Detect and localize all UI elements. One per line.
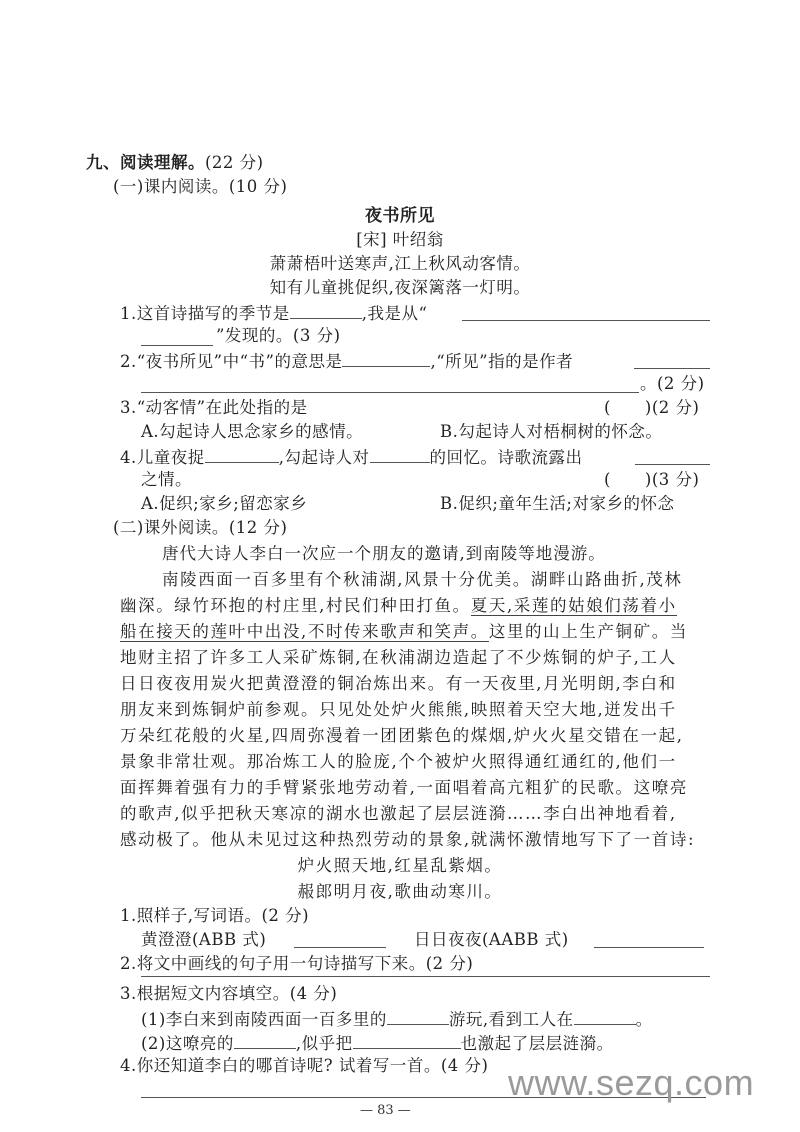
answer-blank[interactable] xyxy=(205,446,279,463)
q4-option-b[interactable]: B.促织;童年生活;对家乡的怀念 xyxy=(440,494,675,514)
passage-text: 这里的山上生产铜矿。当 xyxy=(489,622,688,641)
poem-line-1: 萧萧梧叶送寒声,江上秋风动客情。 xyxy=(0,254,800,274)
passage-line: 面挥舞着强有力的手臂紧张地劳动着,一面唱着高亢粗犷的民歌。这嘹亮 xyxy=(120,778,688,798)
underlined-sentence: 夏天,采莲的姑娘们荡着小 xyxy=(471,596,677,616)
passage-line: 幽深。绿竹环抱的村庄里,村民们种田打鱼。夏天,采莲的姑娘们荡着小 xyxy=(120,596,677,616)
answer-blank[interactable] xyxy=(635,464,710,465)
answer-line[interactable] xyxy=(141,976,710,977)
passage-para-1: 唐代大诗人李白一次应一个朋友的邀请,到南陵等地漫游。 xyxy=(162,544,606,564)
passage-line: 感动极了。他从未见过这种热烈劳动的景象,就满怀激情地写下了一首诗: xyxy=(120,830,695,850)
passage-line: 景象非常壮观。那冶炼工人的脸庞,个个被炉火照得通红通红的,他们一 xyxy=(120,752,677,772)
q3-s1-text-b: 游玩,看到工人在 xyxy=(449,1010,574,1029)
answer-blank[interactable] xyxy=(574,1008,636,1025)
q4-text-b: ,勾起诗人对 xyxy=(279,448,370,467)
answer-blank[interactable] xyxy=(141,345,213,346)
answer-blank[interactable] xyxy=(342,350,430,367)
answer-blank[interactable] xyxy=(634,368,710,369)
p1-question-2: 2.“夜书所见”中“书”的意思是,“所见”指的是作者 xyxy=(120,350,573,372)
q1-example-abb: 黄澄澄(ABB 式) xyxy=(141,930,266,950)
q1-text-c: ”发现的。(3 分) xyxy=(216,326,341,346)
q4-option-a[interactable]: A.促织;家乡;留恋家乡 xyxy=(141,494,307,514)
answer-blank[interactable] xyxy=(370,446,430,463)
q4-answer-paren[interactable]: ( )(3 分) xyxy=(604,470,700,490)
q4-text-d: 之情。 xyxy=(141,470,192,490)
passage-line: 地财主招了许多工人采矿炼铜,在秋浦湖边造起了不少炼铜的炉子,工人 xyxy=(120,648,677,668)
section-score: (22 分) xyxy=(205,153,264,172)
q3-s1-text-a: (1)李白来到南陵西面一百多里的 xyxy=(141,1010,387,1029)
answer-blank[interactable] xyxy=(594,947,704,948)
answer-blank[interactable] xyxy=(387,1008,449,1025)
passage-line: 的歌声,似乎把秋天寒凉的湖水也激起了层层涟漪……李白出神地看着, xyxy=(120,804,677,824)
section-heading: 九、阅读理解。(22 分) xyxy=(86,153,264,173)
q3-option-b[interactable]: B.勾起诗人对梧桐树的怀念。 xyxy=(440,422,662,442)
q2-text-b: ,“所见”指的是作者 xyxy=(430,352,573,371)
poem-author: [宋] 叶绍翁 xyxy=(0,230,800,250)
p1-question-3: 3.“动客情”在此处指的是 xyxy=(120,398,308,418)
p2-question-4: 4.你还知道李白的哪首诗呢? 试着写一首。(4 分) xyxy=(120,1056,488,1076)
answer-blank[interactable] xyxy=(294,947,386,948)
q3-sentence-1: (1)李白来到南陵西面一百多里的游玩,看到工人在。 xyxy=(141,1008,653,1030)
passage-line: 南陵西面一百多里有个秋浦湖,风景十分优美。湖畔山路曲折,茂林 xyxy=(162,570,683,590)
poem-line-2: 知有儿童挑促织,夜深篱落一灯明。 xyxy=(0,278,800,298)
q3-s2-text-b: ,似乎把 xyxy=(296,1034,353,1053)
q3-s2-text-a: (2)这嘹亮的 xyxy=(141,1034,234,1053)
p2-question-3: 3.根据短文内容填空。(4 分) xyxy=(120,984,337,1004)
q1-text-b: ,我是从“ xyxy=(362,304,428,323)
q2-text-c: 。(2 分) xyxy=(640,374,705,394)
q3-option-a[interactable]: A.勾起诗人思念家乡的感情。 xyxy=(141,422,363,442)
answer-blank[interactable] xyxy=(353,1032,461,1049)
p2-question-2: 2.将文中画线的句子用一句诗描写下来。(2 分) xyxy=(120,954,473,974)
q1-example-aabb: 日日夜夜(AABB 式) xyxy=(414,930,569,950)
q3-s2-text-c: 也激起了层层涟漪。 xyxy=(461,1034,614,1053)
q1-text-a: 1.这首诗描写的季节是 xyxy=(120,304,290,323)
passage-poem-line-2: 赧郎明月夜,歌曲动寒川。 xyxy=(0,882,800,902)
poem-title: 夜书所见 xyxy=(0,206,800,226)
part2-heading: (二)课外阅读。(12 分) xyxy=(113,518,288,538)
passage-text: 幽深。绿竹环抱的村庄里,村民们种田打鱼。 xyxy=(120,596,471,615)
passage-line: 朋友来到炼铜炉前参观。只见处处炉火熊熊,映照着天空大地,迸发出千 xyxy=(120,700,677,720)
watermark: www.sezq.com xyxy=(508,1062,754,1104)
underlined-sentence: 船在接天的莲叶中出没,不时传来歌声和笑声。 xyxy=(120,622,489,642)
section-heading-text: 九、阅读理解。 xyxy=(86,153,205,172)
passage-line: 船在接天的莲叶中出没,不时传来歌声和笑声。这里的山上生产铜矿。当 xyxy=(120,622,688,642)
q4-text-a: 4.儿童夜捉 xyxy=(120,448,205,467)
q3-sentence-2: (2)这嘹亮的,似乎把也激起了层层涟漪。 xyxy=(141,1032,614,1054)
p2-question-1: 1.照样子,写词语。(2 分) xyxy=(120,906,309,926)
q3-answer-paren[interactable]: ( )(2 分) xyxy=(604,398,700,418)
q2-text-a: 2.“夜书所见”中“书”的意思是 xyxy=(120,352,342,371)
answer-blank[interactable] xyxy=(462,320,710,321)
passage-poem-line-1: 炉火照天地,红星乱紫烟。 xyxy=(0,856,800,876)
page-number: — 83 — xyxy=(360,1103,411,1118)
passage-line: 日日夜夜用炭火把黄澄澄的铜冶炼出来。有一天夜里,月光明朗,李白和 xyxy=(120,674,677,694)
passage-line: 万朵红花般的火星,四周弥漫着一团团紫色的煤烟,炉火火星交错在一起, xyxy=(120,726,684,746)
answer-blank[interactable] xyxy=(290,302,362,319)
answer-blank[interactable] xyxy=(141,392,639,393)
p1-question-1: 1.这首诗描写的季节是,我是从“ xyxy=(120,302,427,324)
p1-question-4: 4.儿童夜捉,勾起诗人对的回忆。诗歌流露出 xyxy=(120,446,583,468)
part1-heading: (一)课内阅读。(10 分) xyxy=(113,177,288,197)
q3-s1-text-c: 。 xyxy=(636,1010,653,1029)
q4-text-c: 的回忆。诗歌流露出 xyxy=(430,448,583,467)
answer-blank[interactable] xyxy=(234,1032,296,1049)
